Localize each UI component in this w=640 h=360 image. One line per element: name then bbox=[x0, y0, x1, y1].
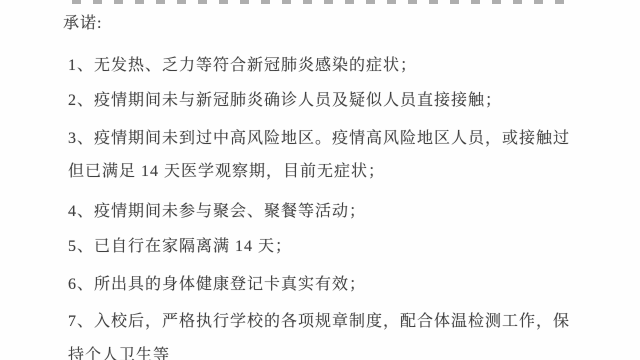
promise-item-7-line-2-clipped: 持个人卫生等 bbox=[68, 345, 170, 360]
promise-item-6: 6、所出具的身体健康登记卡真实有效； bbox=[68, 274, 366, 296]
promise-item-7-line-1: 7、入校后，严格执行学校的各项规章制度，配合体温检测工作，保 bbox=[68, 311, 570, 333]
clipped-text-top-fragment bbox=[72, 0, 572, 4]
promise-item-4: 4、疫情期间未参与聚会、聚餐等活动； bbox=[68, 201, 366, 223]
promise-item-2: 2、疫情期间未与新冠肺炎确诊人员及疑似人员直接接触； bbox=[68, 90, 502, 112]
document-page: 承诺: 1、无发热、乏力等符合新冠肺炎感染的症状； 2、疫情期间未与新冠肺炎确诊… bbox=[0, 0, 640, 360]
promise-item-1: 1、无发热、乏力等符合新冠肺炎感染的症状； bbox=[68, 55, 417, 77]
promise-item-3-line-2: 但已满足 14 天医学观察期，目前无症状； bbox=[68, 161, 385, 183]
promise-item-3-line-1: 3、疫情期间未到过中高风险地区。疫情高风险地区人员，或接触过 bbox=[68, 128, 570, 150]
promise-heading: 承诺: bbox=[63, 13, 102, 35]
promise-item-5: 5、已自行在家隔离满 14 天； bbox=[68, 236, 292, 258]
